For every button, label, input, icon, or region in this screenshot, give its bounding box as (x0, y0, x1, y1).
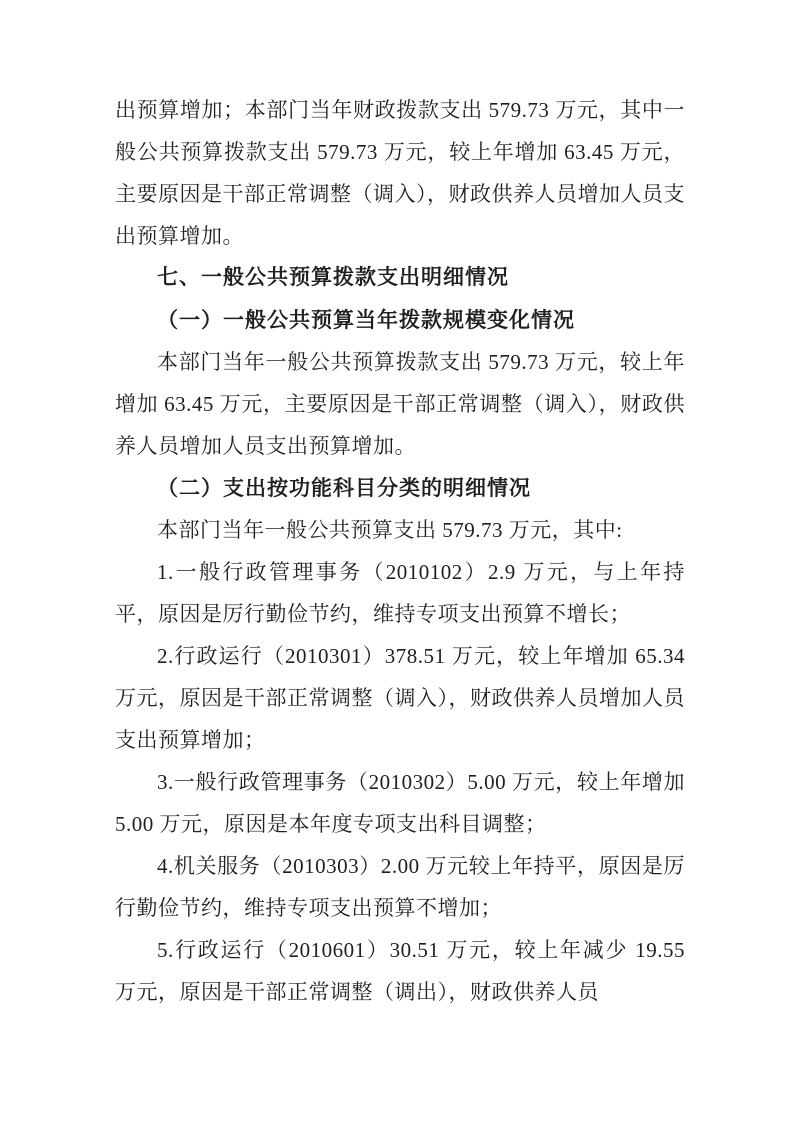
list-item-4: 4.机关服务（2010303）2.00 万元较上年持平，原因是厉行勤俭节约，维持… (115, 845, 685, 929)
section-heading: 七、一般公共预算拨款支出明细情况 (115, 257, 685, 299)
list-item-2: 2.行政运行（2010301）378.51 万元，较上年增加 65.34 万元，… (115, 635, 685, 761)
document-page: 出预算增加；本部门当年财政拨款支出 579.73 万元，其中一般公共预算拨款支出… (0, 0, 792, 1121)
continued-paragraph: 出预算增加；本部门当年财政拨款支出 579.73 万元，其中一般公共预算拨款支出… (115, 89, 685, 257)
list-item-3: 3.一般行政管理事务（2010302）5.00 万元，较上年增加 5.00 万元… (115, 761, 685, 845)
paragraph-scale-change: 本部门当年一般公共预算拨款支出 579.73 万元，较上年增加 63.45 万元… (115, 341, 685, 467)
paragraph-total-expenditure: 本部门当年一般公共预算支出 579.73 万元，其中: (115, 509, 685, 551)
subsection-heading-2: （二）支出按功能科目分类的明细情况 (115, 467, 685, 509)
document-body: 出预算增加；本部门当年财政拨款支出 579.73 万元，其中一般公共预算拨款支出… (115, 89, 685, 1013)
list-item-1: 1.一般行政管理事务（2010102）2.9 万元，与上年持平，原因是厉行勤俭节… (115, 551, 685, 635)
list-item-5: 5.行政运行（2010601）30.51 万元，较上年减少 19.55 万元，原… (115, 929, 685, 1013)
subsection-heading-1: （一）一般公共预算当年拨款规模变化情况 (115, 299, 685, 341)
